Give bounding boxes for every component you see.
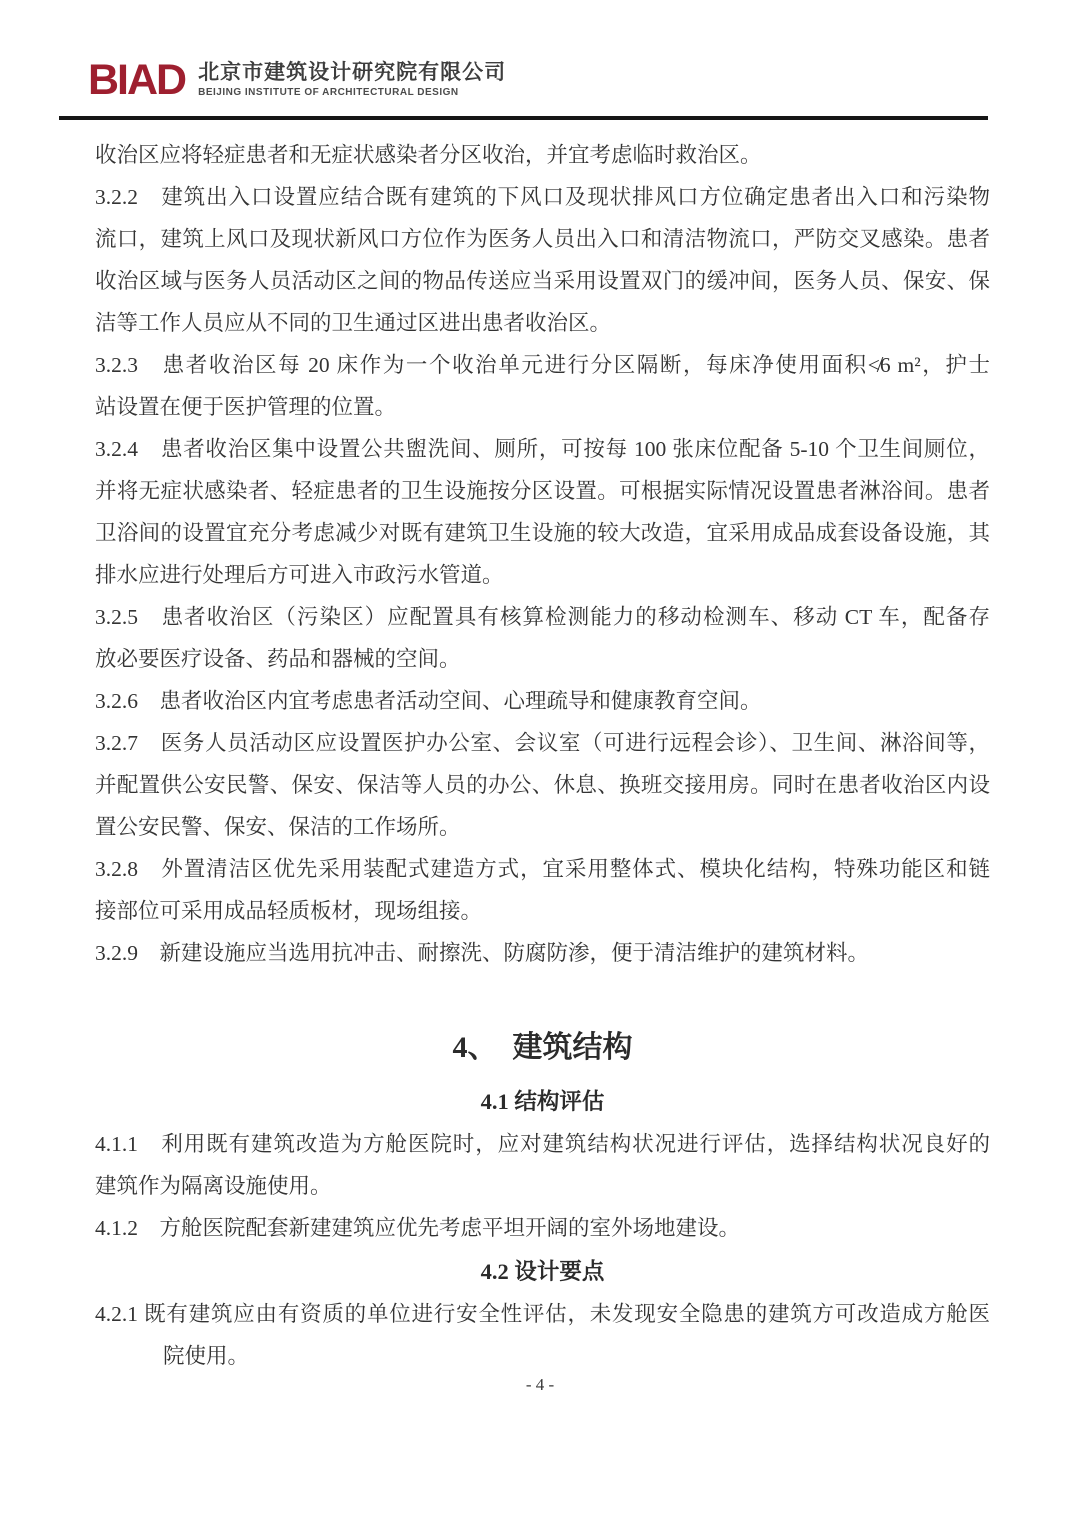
- document-line: 置公安民警、保安、保洁的工作场所。: [95, 806, 990, 848]
- document-line: 3.2.4 患者收治区集中设置公共盥洗间、厕所，可按每 100 张床位配备 5-…: [95, 428, 990, 470]
- header-rule: [59, 116, 988, 120]
- document-line: 4.2.1 既有建筑应由有资质的单位进行安全性评估，未发现安全隐患的建筑方可改造…: [95, 1293, 990, 1335]
- document-line: 接部位可采用成品轻质板材，现场组接。: [95, 890, 990, 932]
- section-3-2-paragraphs: 收治区应将轻症患者和无症状感染者分区收治，并宜考虑临时救治区。3.2.2 建筑出…: [95, 134, 990, 974]
- section-4-2-heading: 4.2 设计要点: [95, 1251, 990, 1293]
- document-line: 3.2.9 新建设施应当选用抗冲击、耐擦洗、防腐防渗，便于清洁维护的建筑材料。: [95, 932, 990, 974]
- document-line: 站设置在便于医护管理的位置。: [95, 386, 990, 428]
- document-body: 收治区应将轻症患者和无症状感染者分区收治，并宜考虑临时救治区。3.2.2 建筑出…: [95, 134, 990, 1377]
- document-line: 3.2.6 患者收治区内宜考虑患者活动空间、心理疏导和健康教育空间。: [95, 680, 990, 722]
- document-line: 4.1.1 利用既有建筑改造为方舱医院时，应对建筑结构状况进行评估，选择结构状况…: [95, 1123, 990, 1165]
- document-line: 卫浴间的设置宜充分考虑减少对既有建筑卫生设施的较大改造，宜采用成品成套设备设施，…: [95, 512, 990, 554]
- company-name-en: BEIJING INSTITUTE OF ARCHITECTURAL DESIG…: [198, 87, 506, 99]
- section-4-1-paragraphs: 4.1.1 利用既有建筑改造为方舱医院时，应对建筑结构状况进行评估，选择结构状况…: [95, 1123, 990, 1249]
- document-line: 3.2.3 患者收治区每 20 床作为一个收治单元进行分区隔断，每床净使用面积≮…: [95, 344, 990, 386]
- company-name-cn: 北京市建筑设计研究院有限公司: [198, 61, 506, 85]
- document-line: 3.2.7 医务人员活动区应设置医护办公室、会议室（可进行远程会诊）、卫生间、淋…: [95, 722, 990, 764]
- document-line: 并将无症状感染者、轻症患者的卫生设施按分区设置。可根据实际情况设置患者淋浴间。患…: [95, 470, 990, 512]
- document-line: 3.2.2 建筑出入口设置应结合既有建筑的下风口及现状排风口方位确定患者出入口和…: [95, 176, 990, 218]
- page-number: - 4 -: [0, 1370, 1080, 1400]
- page-header: BIAD 北京市建筑设计研究院有限公司 BEIJING INSTITUTE OF…: [88, 60, 506, 100]
- document-line: 3.2.8 外置清洁区优先采用装配式建造方式，宜采用整体式、模块化结构，特殊功能…: [95, 848, 990, 890]
- document-line: 4.1.2 方舱医院配套新建建筑应优先考虑平坦开阔的室外场地建设。: [95, 1207, 990, 1249]
- biad-logo: BIAD: [88, 60, 185, 100]
- section-4-heading: 4、 建筑结构: [95, 1026, 990, 1070]
- document-line: 放必要医疗设备、药品和器械的空间。: [95, 638, 990, 680]
- document-line: 排水应进行处理后方可进入市政污水管道。: [95, 554, 990, 596]
- company-name-block: 北京市建筑设计研究院有限公司 BEIJING INSTITUTE OF ARCH…: [198, 60, 506, 99]
- document-line: 收治区应将轻症患者和无症状感染者分区收治，并宜考虑临时救治区。: [95, 134, 990, 176]
- section-4-2-paragraphs: 4.2.1 既有建筑应由有资质的单位进行安全性评估，未发现安全隐患的建筑方可改造…: [95, 1293, 990, 1377]
- document-line: 收治区域与医务人员活动区之间的物品传送应当采用设置双门的缓冲间，医务人员、保安、…: [95, 260, 990, 302]
- document-line: 3.2.5 患者收治区（污染区）应配置具有核算检测能力的移动检测车、移动 CT …: [95, 596, 990, 638]
- document-line: 建筑作为隔离设施使用。: [95, 1165, 990, 1207]
- document-line: 流口，建筑上风口及现状新风口方位作为医务人员出入口和清洁物流口，严防交叉感染。患…: [95, 218, 990, 260]
- section-4-1-heading: 4.1 结构评估: [95, 1081, 990, 1123]
- document-line: 并配置供公安民警、保安、保洁等人员的办公、休息、换班交接用房。同时在患者收治区内…: [95, 764, 990, 806]
- document-line: 洁等工作人员应从不同的卫生通过区进出患者收治区。: [95, 302, 990, 344]
